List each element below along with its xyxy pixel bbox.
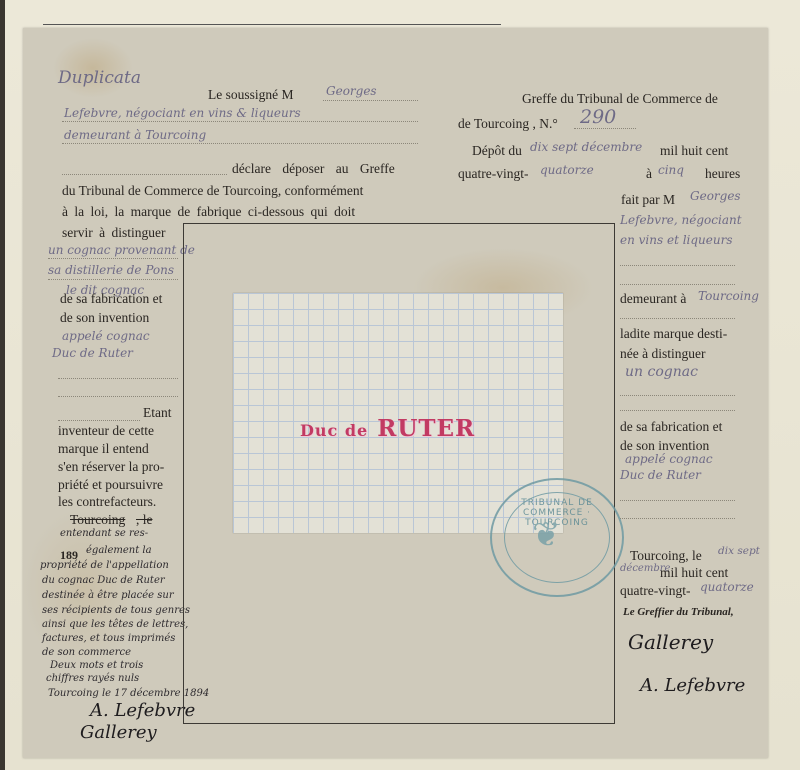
fill-line	[620, 500, 735, 501]
ladite-line-1: ladite marque desti-	[620, 323, 727, 345]
invention-right-line1: appelé cognac	[625, 452, 713, 466]
note-line: ainsi que les têtes de lettres,	[42, 619, 188, 630]
fill-line	[58, 396, 178, 397]
fill-line	[323, 100, 418, 101]
binding-edge	[0, 0, 5, 770]
declare-line3: à la loi, la marque de fabrique ci-desso…	[62, 201, 355, 223]
fill-line	[620, 518, 735, 519]
signature-depositor-right: A. Lefebvre	[640, 675, 745, 696]
note-line: chiffres rayés nuls	[46, 673, 139, 684]
greffier-label: Le Greffier du Tribunal,	[623, 606, 734, 618]
depot-date: dix sept décembre	[530, 140, 642, 154]
soussigne-line3: demeurant à Tourcoing	[64, 128, 206, 142]
demeurant-label: demeurant à	[620, 288, 686, 310]
date-line1: dix sept	[718, 545, 760, 557]
invention-line1: appelé cognac	[62, 329, 150, 343]
fill-line	[620, 284, 735, 285]
fill-line	[620, 318, 735, 319]
note-line: ses récipients de tous genres	[42, 605, 190, 616]
signature-greffier: Gallerey	[628, 630, 713, 654]
fill-line	[620, 265, 735, 266]
depot-number: 290	[580, 106, 616, 128]
tribunal-stamp: TRIBUNAL DE COMMERCE · TOURCOING ❦	[490, 478, 624, 597]
note-line: du cognac Duc de Ruter	[42, 575, 165, 586]
signature-depositor: A. Lefebvre	[90, 700, 195, 721]
annee-2: quatorze	[700, 580, 754, 594]
greffe-line2: de Tourcoing , N.°	[458, 113, 558, 135]
invention-line2: Duc de Ruter	[52, 346, 133, 360]
servir-label: servir à distinguer	[62, 222, 165, 244]
a-label: à	[646, 163, 652, 185]
greffe-line1: Greffe du Tribunal de Commerce de	[522, 88, 718, 110]
trademark-brand: Duc de RUTER	[300, 415, 475, 442]
album-page: Duplicata Le soussigné M Georges Lefebvr…	[0, 0, 800, 770]
soussigne-name: Georges	[326, 84, 377, 98]
brand-name: RUTER	[377, 415, 475, 442]
declare-line2: du Tribunal de Commerce de Tourcoing, co…	[62, 180, 363, 202]
note-line: également la	[86, 545, 152, 556]
annee: quatorze	[540, 163, 594, 177]
mil-huit-cent: mil huit cent	[660, 140, 728, 162]
heures-label: heures	[705, 163, 740, 185]
invention-label: de son invention	[60, 307, 149, 329]
duplicata-note: Duplicata	[58, 68, 141, 88]
fill-line	[574, 128, 636, 129]
fill-line	[62, 174, 227, 175]
signature-greffier-left: Gallerey	[80, 722, 157, 743]
declare-text: déclare déposer au Greffe	[232, 158, 395, 180]
heure: cinq	[658, 163, 684, 177]
fill-line	[48, 258, 178, 259]
fait-par-line3: en vins et liqueurs	[620, 233, 733, 247]
quatre-vingt-2: quatre-vingt-	[620, 580, 690, 602]
fill-line	[58, 378, 178, 379]
rooster-emblem-icon: ❦	[532, 515, 561, 555]
note-line: propriété de l'appellation	[40, 560, 169, 571]
demeurant-ville: Tourcoing	[698, 289, 759, 303]
soussigne-line2: Lefebvre, négociant en vins & liqueurs	[64, 106, 301, 120]
depot-label: Dépôt du	[472, 140, 522, 162]
note-line1: entendant se res-	[60, 528, 148, 539]
fait-par-label: fait par M	[621, 189, 675, 211]
note-line: de son commerce	[42, 647, 131, 658]
fill-line	[62, 121, 418, 122]
note-line: factures, et tous imprimés	[42, 633, 175, 644]
ladite-line-2: née à distinguer	[620, 343, 705, 365]
fait-par-name: Georges	[690, 189, 741, 203]
distinguer-line1: un cognac provenant de	[48, 243, 195, 257]
fill-line	[48, 279, 178, 280]
fill-line	[62, 143, 418, 144]
soussigne-label: Le soussigné M	[208, 84, 294, 106]
invention-right-line2: Duc de Ruter	[620, 468, 701, 482]
distinguer-line2: sa distillerie de Pons	[48, 263, 174, 277]
fait-par-line2: Lefebvre, négociant	[620, 213, 742, 227]
note-line: Deux mots et trois	[50, 660, 143, 671]
quatre-vingt: quatre-vingt-	[458, 163, 528, 185]
ladite-value: un cognac	[625, 364, 698, 380]
brand-prefix: Duc de	[300, 421, 368, 440]
mark-frame-bottom	[183, 723, 615, 724]
fill-line	[620, 395, 735, 396]
note-line: destinée à être placée sur	[42, 590, 174, 601]
fill-line	[620, 410, 735, 411]
